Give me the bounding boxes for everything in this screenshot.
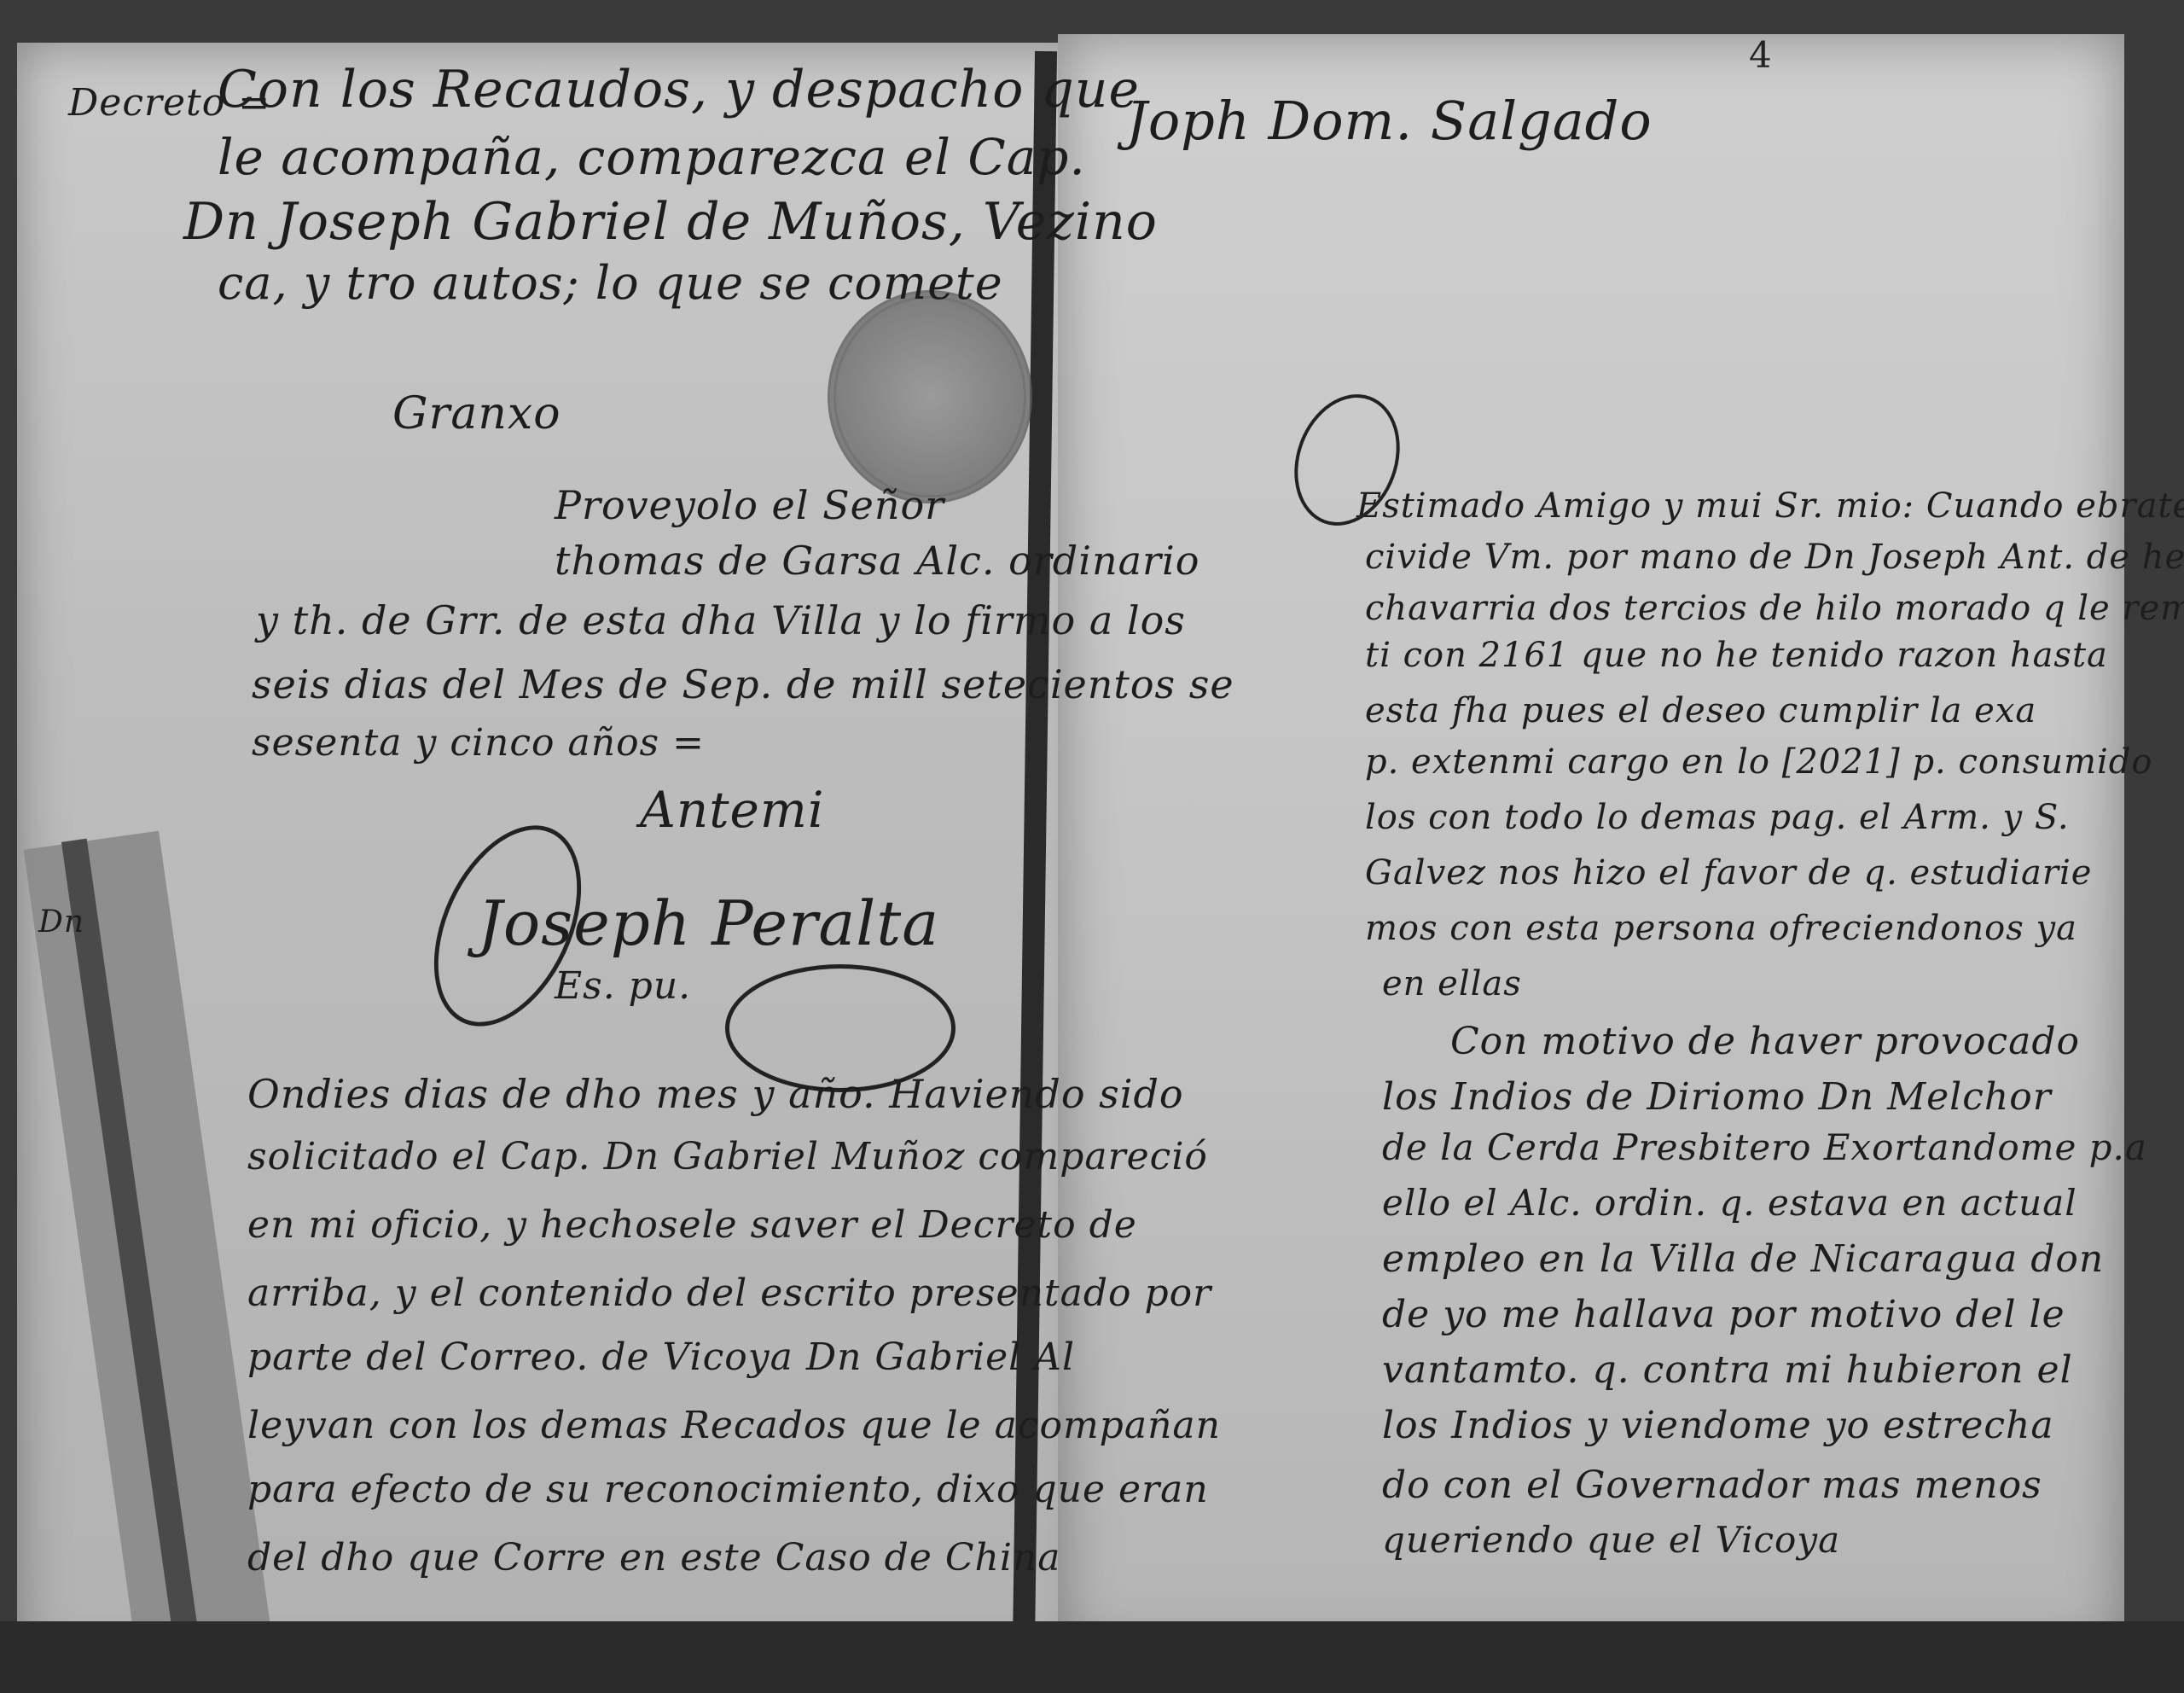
right-line-3: chavarria dos tercios de hilo morado q l… bbox=[1365, 589, 2184, 628]
left-line-2: le acompaña, comparezca el Cap. bbox=[218, 128, 1086, 186]
right-header-name: Joph Dom. Salgado bbox=[1126, 90, 1653, 152]
left-lower-line-3: en mi oficio, y hechosele saver el Decre… bbox=[247, 1203, 1137, 1247]
left-lower-line-5: parte del Correo. de Vicoya Dn Gabriel A… bbox=[247, 1335, 1075, 1379]
right-line-1: Estimado Amigo y mui Sr. mio: Cuando ebr… bbox=[1356, 486, 2184, 526]
right-line-18: los Indios y viendome yo estrecha bbox=[1382, 1404, 2054, 1447]
right-line-8: Galvez nos hizo el favor de q. estudiari… bbox=[1365, 853, 2092, 893]
left-line-4: ca, y tro autos; lo que se comete bbox=[218, 256, 1003, 310]
left-line-3: Dn Joseph Gabriel de Muños, Vezino bbox=[183, 192, 1158, 252]
right-line-16: de yo me hallava por motivo del le bbox=[1382, 1293, 2065, 1336]
right-line-5: esta fha pues el deseo cumplir la exa bbox=[1365, 691, 2036, 730]
wax-seal-stamp bbox=[828, 290, 1032, 503]
left-lower-line-7: para efecto de su reconocimiento, dixo q… bbox=[247, 1468, 1209, 1511]
right-line-6: p. extenmi cargo en lo [2021] p. consumi… bbox=[1365, 742, 2152, 782]
signature-escribano-publico: Es. pu. bbox=[555, 964, 691, 1008]
right-line-14: ello el Alc. ordin. q. estava en actual bbox=[1382, 1182, 2077, 1224]
left-lower-line-4: arriba, y el contenido del escrito prese… bbox=[247, 1271, 1211, 1315]
left-lower-line-8: del dho que Corre en este Caso de China bbox=[247, 1536, 1061, 1580]
right-line-2: civide Vm. por mano de Dn Joseph Ant. de… bbox=[1365, 538, 2184, 577]
left-line-7: thomas de Garsa Alc. ordinario bbox=[555, 538, 1199, 584]
left-signature-granxo: Granxo bbox=[392, 388, 561, 439]
left-line-8: y th. de Grr. de esta dha Villa y lo fir… bbox=[256, 597, 1186, 643]
left-line-1: Con los Recaudos, y despacho que bbox=[218, 60, 1140, 119]
left-line-6: Proveyolo el Señor bbox=[555, 482, 944, 528]
left-line-10: sesenta y cinco años = bbox=[252, 721, 705, 765]
right-line-9: mos con esta persona ofreciendonos ya bbox=[1365, 909, 2077, 948]
left-line-9: seis dias del Mes de Sep. de mill seteci… bbox=[252, 661, 1234, 707]
page-number: 4 bbox=[1749, 34, 1772, 76]
left-lower-line-1: Ondies dias de dho mes y año. Haviendo s… bbox=[247, 1071, 1184, 1117]
right-line-11: Con motivo de haver provocado bbox=[1450, 1020, 2080, 1063]
right-line-17: vantamto. q. contra mi hubieron el bbox=[1382, 1348, 2073, 1392]
right-line-4: ti con 2161 que no he tenido razon hasta bbox=[1365, 636, 2108, 675]
margin-note-2: Dn bbox=[38, 905, 84, 940]
right-line-10: en ellas bbox=[1382, 964, 1522, 1004]
signature-antemi: Antemi bbox=[640, 781, 824, 839]
left-lower-line-2: solicitado el Cap. Dn Gabriel Muñoz comp… bbox=[247, 1135, 1208, 1178]
right-line-20: queriendo que el Vicoya bbox=[1382, 1519, 1840, 1561]
left-lower-line-6: leyvan con los demas Recados que le acom… bbox=[247, 1404, 1221, 1447]
right-line-13: de la Cerda Presbitero Exortandome p.a bbox=[1382, 1126, 2147, 1168]
right-line-19: do con el Governador mas menos bbox=[1382, 1463, 2042, 1507]
right-line-7: los con todo lo demas pag. el Arm. y S. bbox=[1365, 798, 2070, 837]
right-line-15: empleo en la Villa de Nicaragua don bbox=[1382, 1237, 2104, 1281]
right-line-12: los Indios de Diriomo Dn Melchor bbox=[1382, 1075, 2052, 1119]
scan-bottom-edge bbox=[0, 1621, 2184, 1693]
